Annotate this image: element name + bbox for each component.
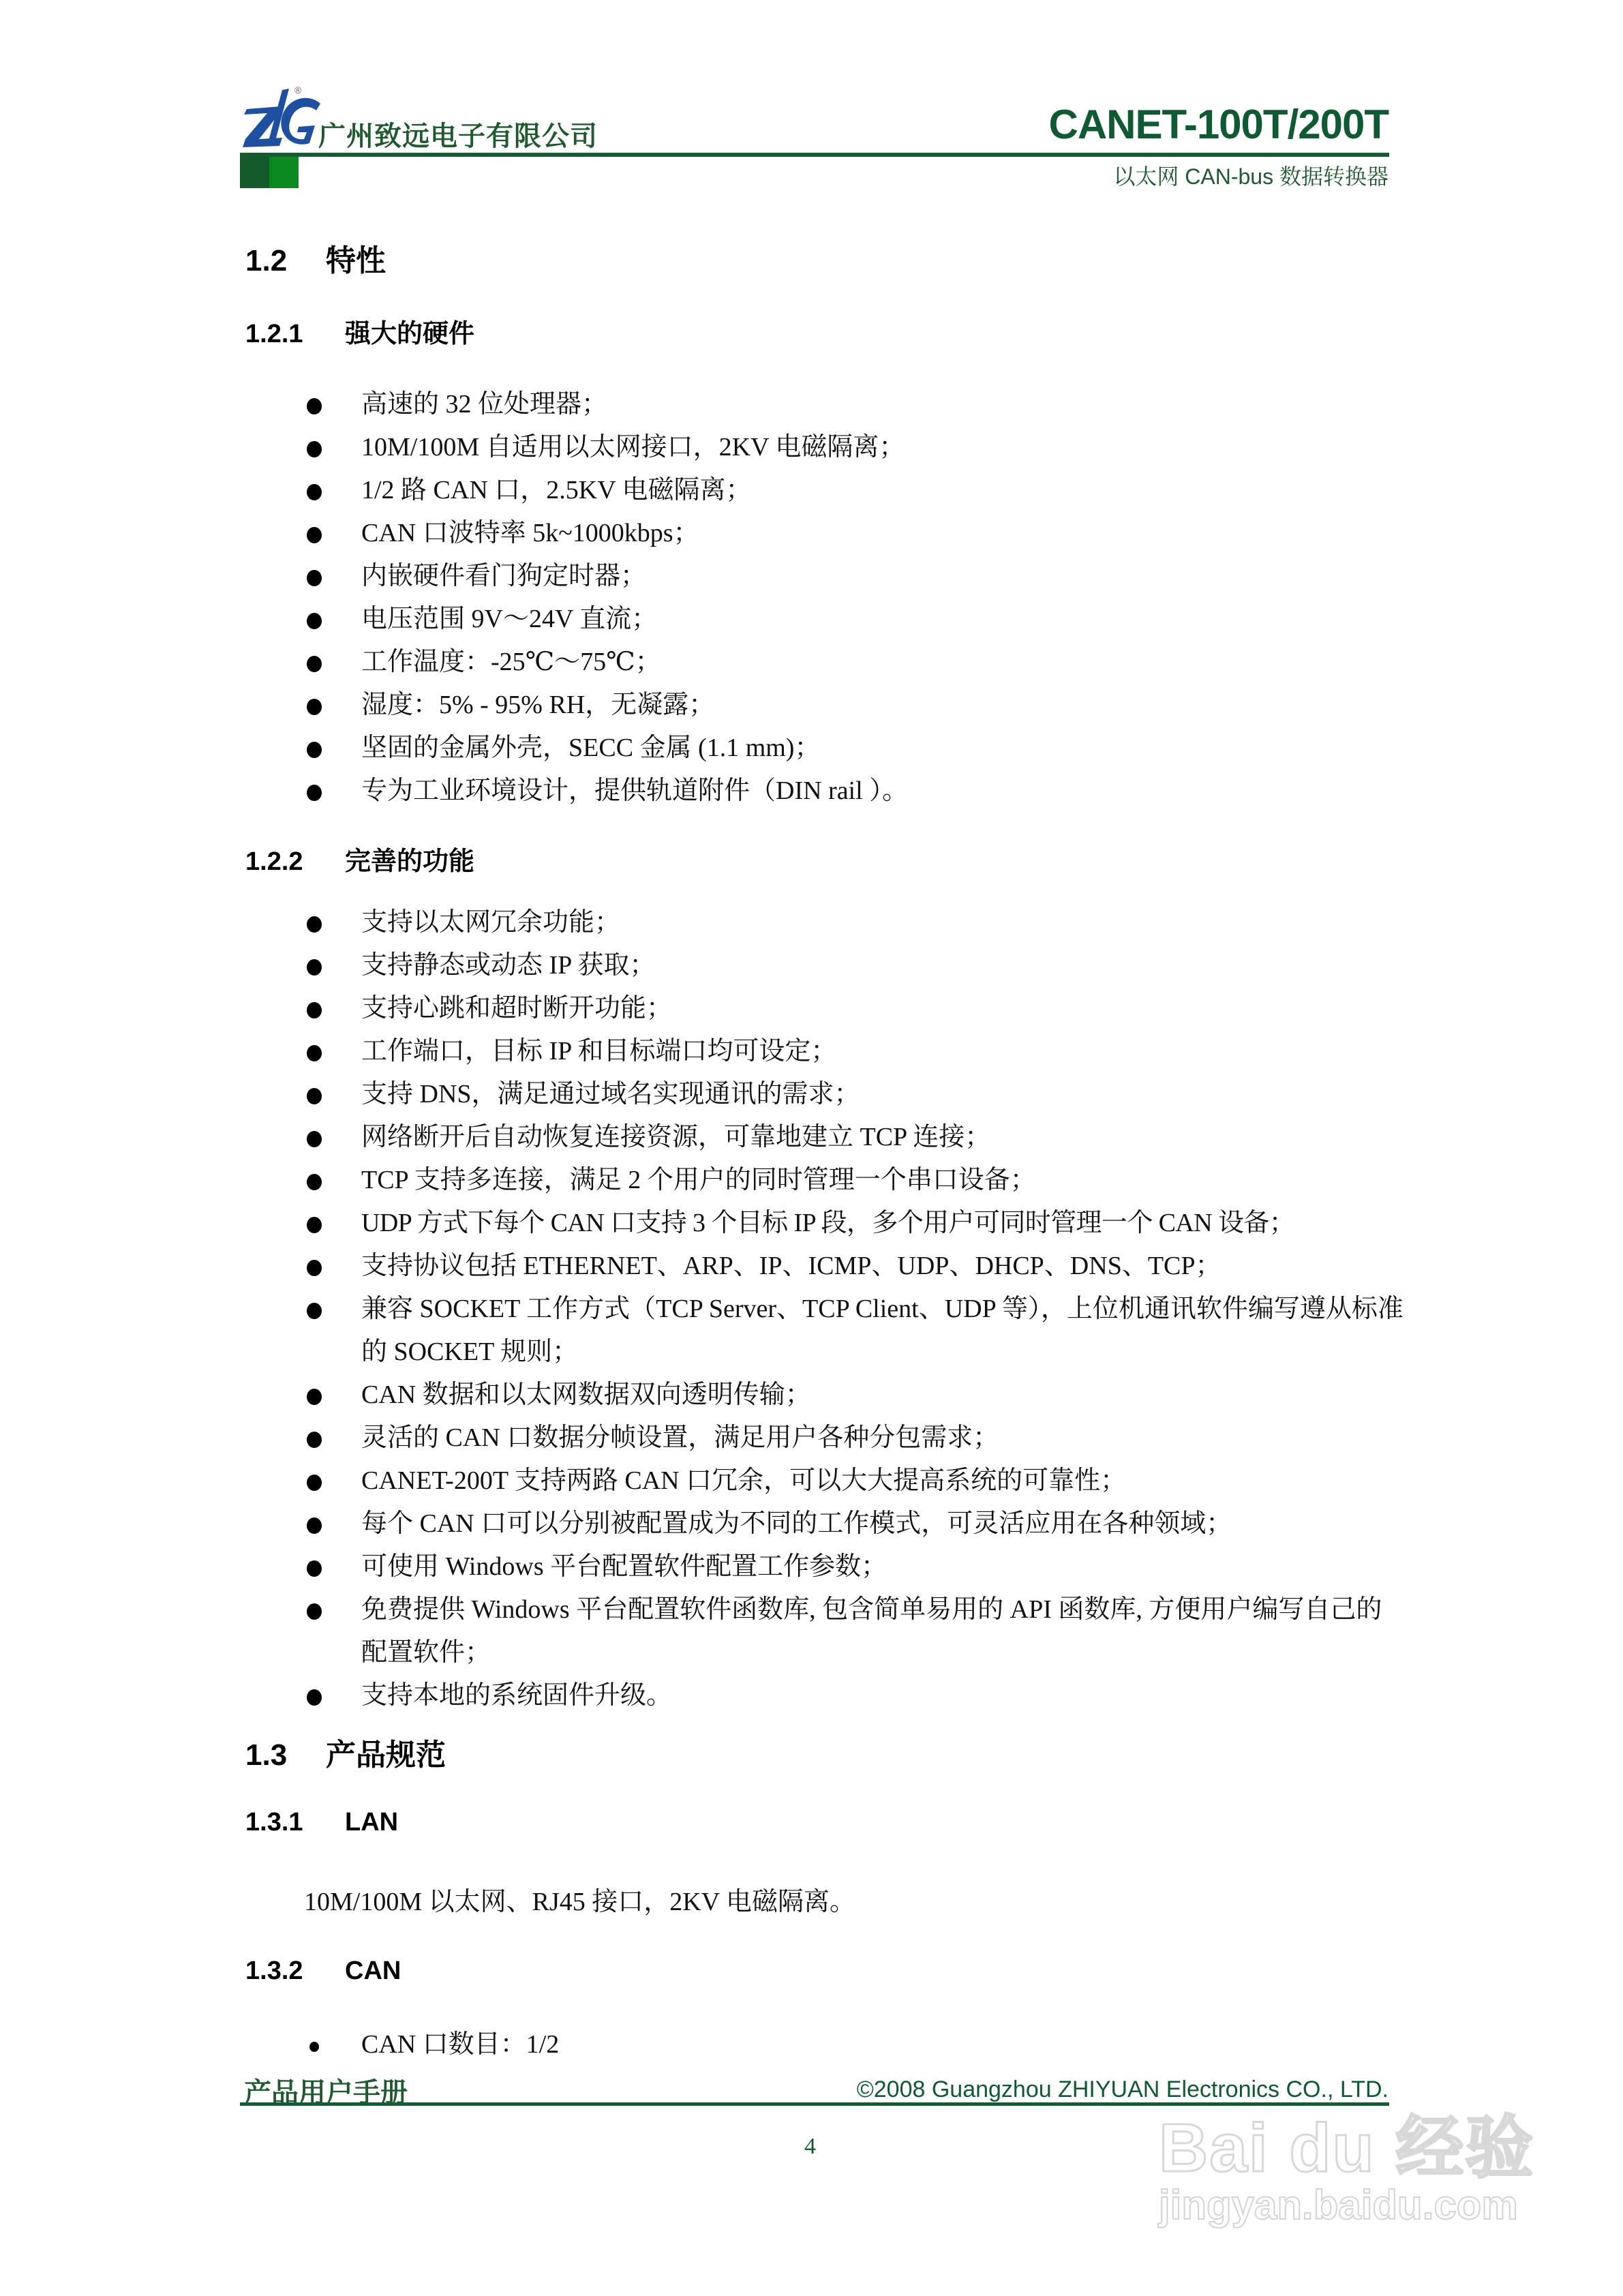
bullet-icon [307,656,322,672]
baidu-watermark: Bai du 经验 jingyan.baidu.com [1159,2093,1541,2243]
product-title: CANET-100T/200T [1048,101,1389,148]
bullet-icon [307,441,322,457]
bullet-icon [307,1517,322,1534]
list-item: 10M/100M 自适用以太网接口，2KV 电磁隔离； [300,426,908,469]
bullet-icon [307,1131,322,1147]
bullet-icon [307,613,322,629]
bullet-icon [307,1260,322,1276]
dark-green-block [240,157,269,188]
bullet-icon [307,1088,322,1104]
hardware-feature-list: 高速的 32 位处理器； 10M/100M 自适用以太网接口，2KV 电磁隔离；… [300,383,908,813]
header-divider [240,153,1389,157]
registered-mark: ® [294,85,301,95]
page-number: 4 [804,2134,816,2160]
bullet-icon [307,742,322,758]
list-item: 电压范围 9V～24V 直流； [300,598,908,641]
list-item: CAN 口波特率 5k~1000kbps； [300,512,908,555]
bullet-icon [307,1174,322,1190]
watermark-brand: Bai du 经验 [1159,2093,1534,2191]
section-heading-1-2-1: 1.2.1强大的硬件 [245,312,474,350]
list-item: 1/2 路 CAN 口，2.5KV 电磁隔离； [300,469,908,512]
list-item: 专为工业环境设计，提供轨道附件（DIN rail ）。 [300,770,908,813]
footer-copyright: ©2008 Guangzhou ZHIYUAN Electronics CO.,… [857,2076,1389,2103]
list-item: 支持 DNS，满足通过域名实现通讯的需求； [300,1073,1404,1116]
section-number: 1.2 [245,244,326,278]
can-spec-list: CAN 口数目：1/2 [300,2023,559,2066]
list-item: TCP 支持多连接，满足 2 个用户的同时管理一个串口设备； [300,1159,1404,1202]
bullet-icon [307,1475,322,1491]
list-item: 坚固的金属外壳，SECC 金属 (1.1 mm)； [300,727,908,770]
section-heading-1-2: 1.2特性 [245,236,386,280]
product-subtitle: 以太网 CAN-bus 数据转换器 [1113,160,1389,191]
list-item: 每个 CAN 口可以分别被配置成为不同的工作模式，可灵活应用在各种领域； [300,1502,1404,1545]
bullet-icon [307,1432,322,1448]
bullet-icon [307,1560,322,1577]
section-number: 1.3.1 [245,1808,345,1837]
section-title: 特性 [326,244,386,277]
bullet-icon [307,916,322,933]
list-item: 工作温度：-25℃～75℃； [300,641,908,684]
list-item: 支持心跳和超时断开功能； [300,987,1404,1030]
list-item: 网络断开后自动恢复连接资源，可靠地建立 TCP 连接； [300,1116,1404,1159]
bullet-icon [307,1389,322,1405]
list-item: 灵活的 CAN 口数据分帧设置，满足用户各种分包需求； [300,1417,1404,1460]
list-item: 支持本地的系统固件升级。 [300,1674,1404,1717]
bullet-icon [307,959,322,976]
list-item: 兼容 SOCKET 工作方式（TCP Server、TCP Client、UDP… [300,1288,1404,1374]
light-green-block [269,157,299,188]
list-item: 内嵌硬件看门狗定时器； [300,555,908,598]
section-heading-1-3-1: 1.3.1LAN [245,1808,398,1837]
list-item: 支持以太网冗余功能； [300,901,1404,944]
section-number: 1.2.2 [245,847,345,877]
bullet-icon [309,2042,319,2052]
watermark-url: jingyan.baidu.com [1159,2181,1518,2229]
bullet-icon [307,1217,322,1233]
section-title: CAN [345,1957,401,1985]
bullet-icon [307,570,322,586]
section-heading-1-3: 1.3产品规范 [245,1730,446,1774]
section-heading-1-3-2: 1.3.2CAN [245,1957,401,1986]
list-item: 可使用 Windows 平台配置软件配置工作参数； [300,1545,1404,1588]
section-heading-1-2-2: 1.2.2完善的功能 [245,840,474,877]
list-item: 支持静态或动态 IP 获取； [300,944,1404,987]
list-item: CAN 数据和以太网数据双向透明传输； [300,1374,1404,1417]
zlg-logo-icon [240,83,329,151]
section-number: 1.2.1 [245,320,345,349]
bullet-icon [307,1303,322,1319]
bullet-icon [307,699,322,715]
bullet-icon [307,1002,322,1018]
bullet-icon [307,527,322,543]
bullet-icon [307,785,322,801]
list-item: CAN 口数目：1/2 [300,2023,559,2066]
section-title: LAN [345,1808,398,1837]
footer-divider [240,2102,1389,2106]
list-item: 支持协议包括 ETHERNET、ARP、IP、ICMP、UDP、DHCP、DNS… [300,1245,1404,1288]
section-number: 1.3.2 [245,1957,345,1986]
list-item: 湿度：5% - 95% RH，无凝露； [300,684,908,727]
header-color-blocks [240,157,299,188]
list-item: 高速的 32 位处理器； [300,383,908,426]
bullet-icon [307,1689,322,1706]
list-item: CANET-200T 支持两路 CAN 口冗余，可以大大提高系统的可靠性； [300,1460,1404,1502]
section-title: 完善的功能 [345,847,474,876]
bullet-icon [307,1603,322,1620]
function-feature-list: 支持以太网冗余功能； 支持静态或动态 IP 获取； 支持心跳和超时断开功能； 工… [300,901,1404,1717]
lan-spec-text: 10M/100M 以太网、RJ45 接口，2KV 电磁隔离。 [304,1880,855,1918]
section-title: 产品规范 [326,1738,446,1772]
section-title: 强大的硬件 [345,320,474,348]
bullet-icon [307,398,322,414]
section-number: 1.3 [245,1738,326,1772]
bullet-icon [307,1045,322,1061]
bullet-icon [307,484,322,500]
company-name: 广州致远电子有限公司 [318,115,598,153]
list-item: 工作端口，目标 IP 和目标端口均可设定； [300,1030,1404,1073]
list-item: 免费提供 Windows 平台配置软件函数库, 包含简单易用的 API 函数库,… [300,1588,1404,1674]
list-item: UDP 方式下每个 CAN 口支持 3 个目标 IP 段，多个用户可同时管理一个… [300,1202,1404,1245]
